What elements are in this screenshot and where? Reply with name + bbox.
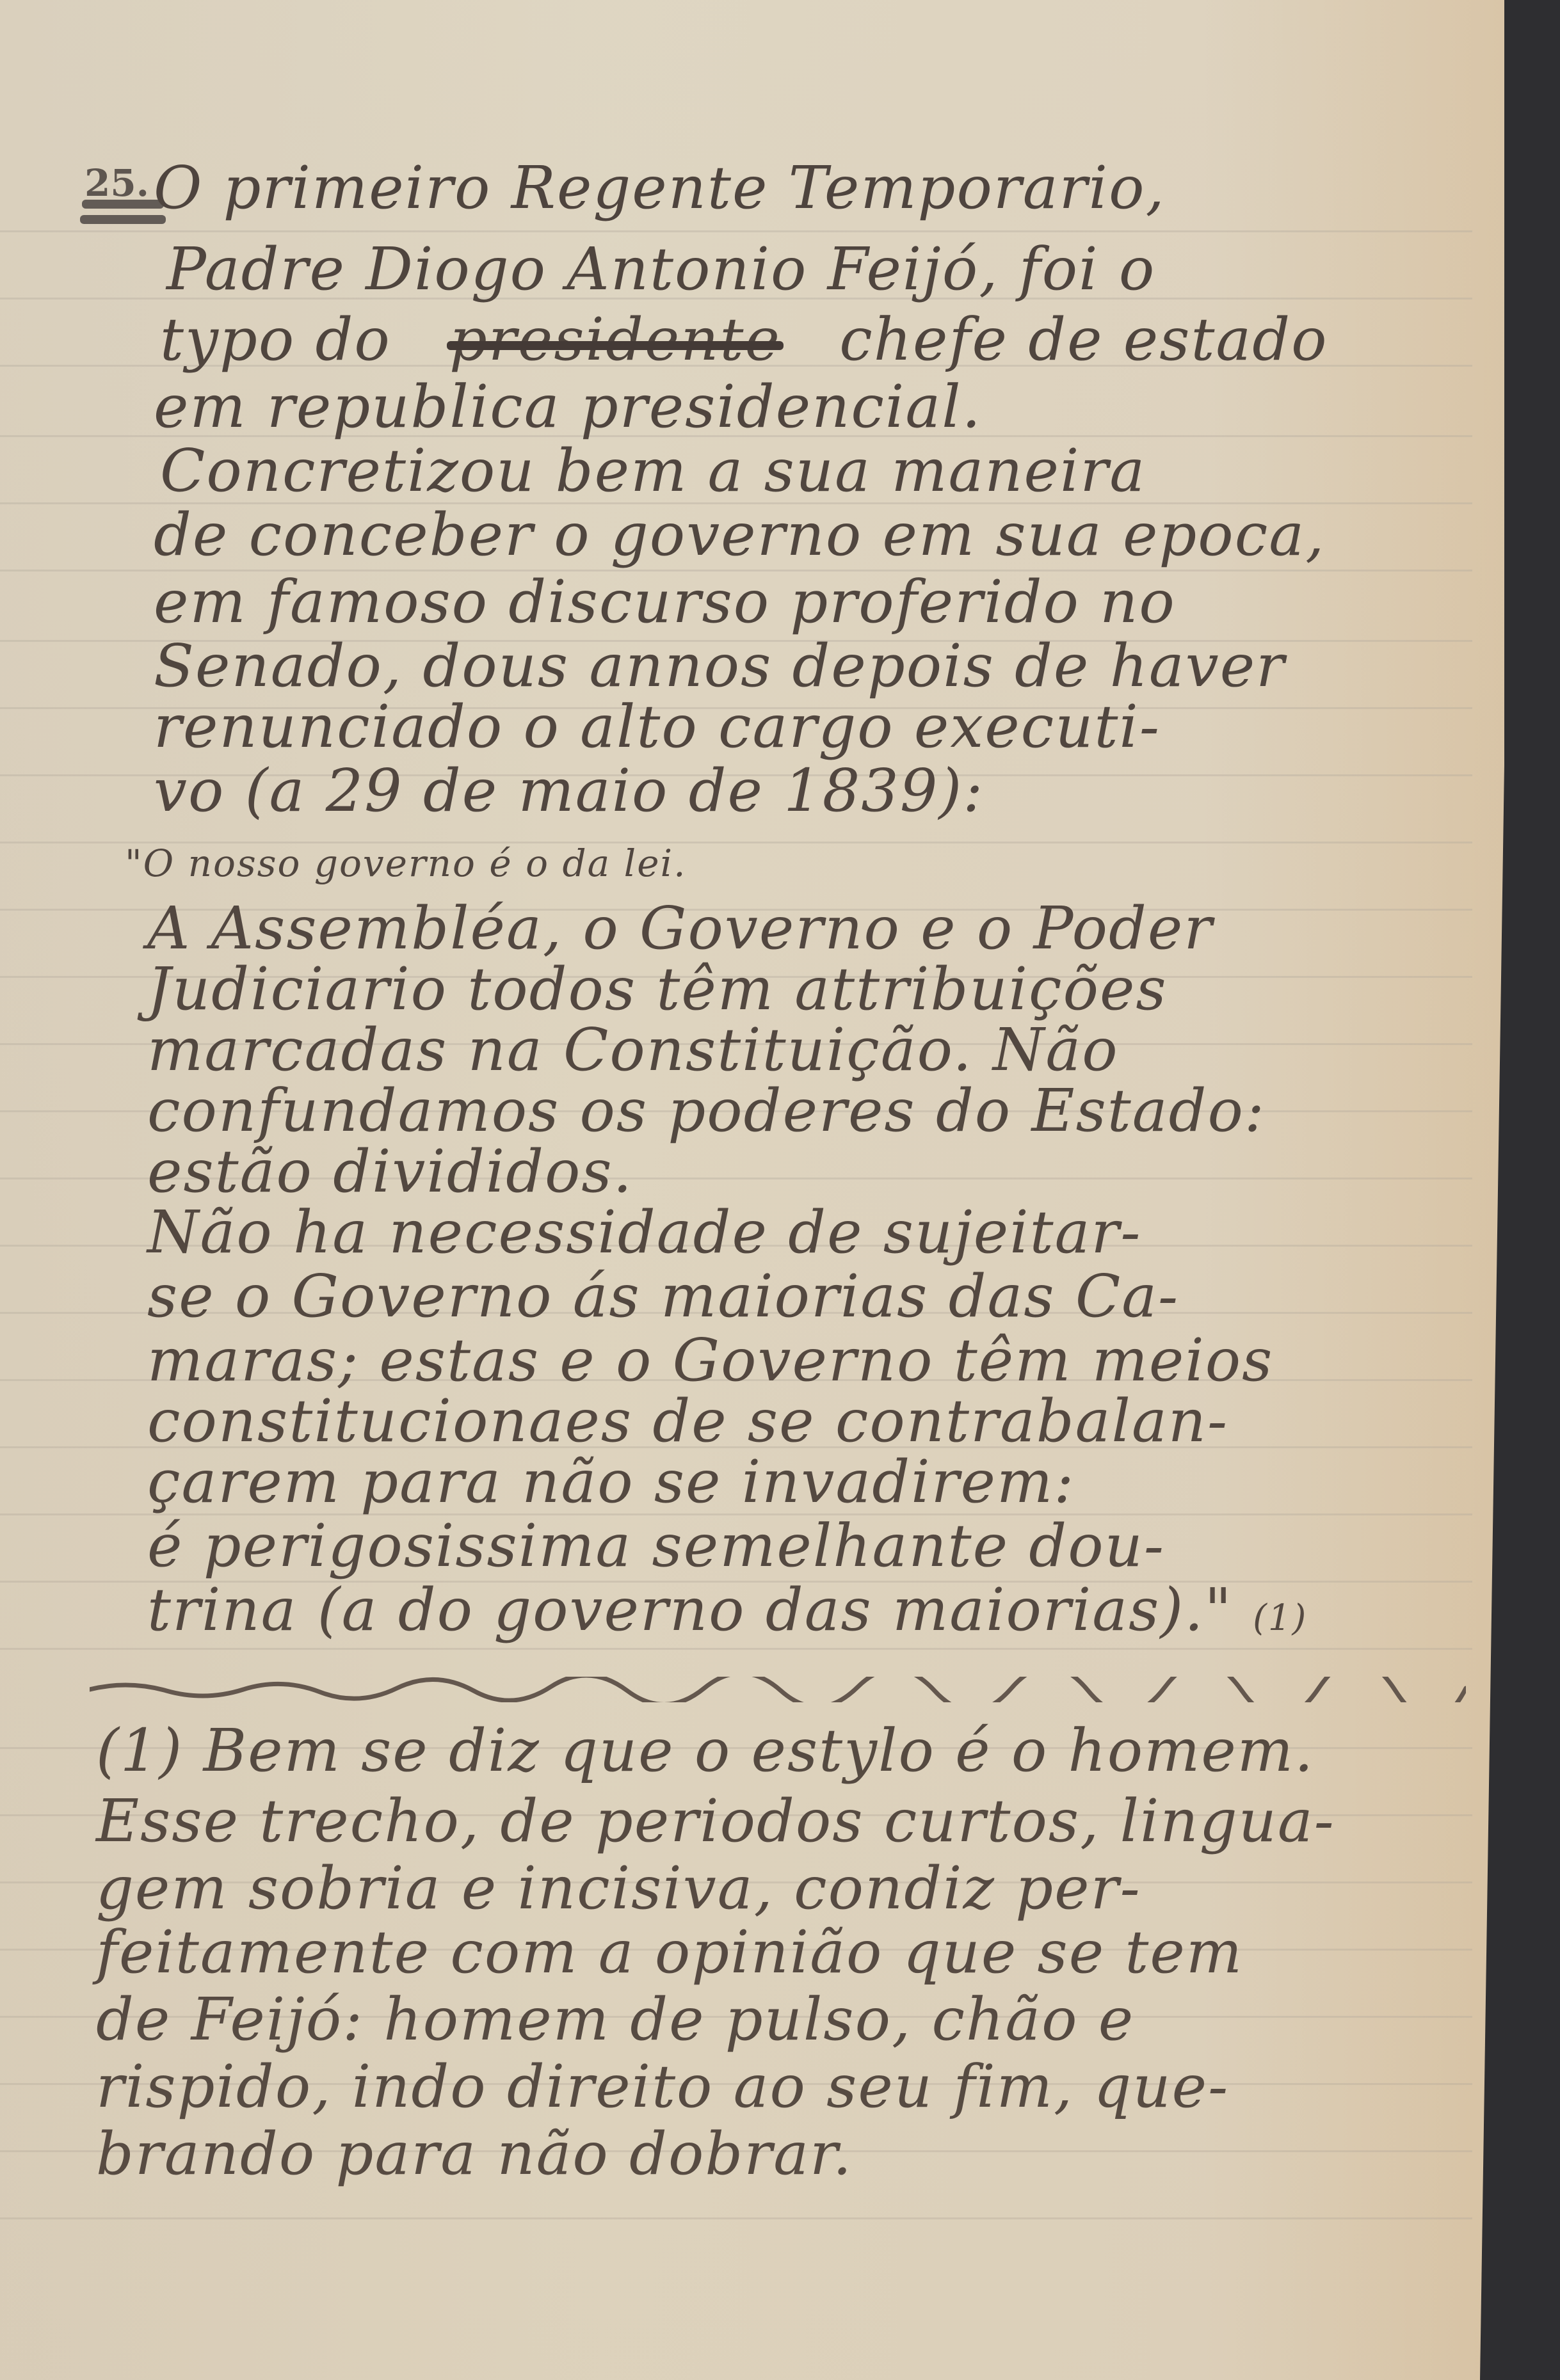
manuscript-page: 25. O primeiro Regente Temporario, Padre… <box>0 0 1504 2380</box>
text-line: maras; estas e o Governo têm meios <box>147 1331 1273 1390</box>
text-line: typo do presidente chefe de estado <box>160 310 1328 369</box>
footnote-line: Esse trecho, de periodos curtos, lingua- <box>96 1792 1335 1851</box>
text-line: em republica presidencial. <box>154 378 982 436</box>
footnote-line: (1) Bem se diz que o estylo é o homem. <box>96 1721 1314 1780</box>
footnote-line: de Feijó: homem de pulso, chão e <box>96 1990 1134 2049</box>
text-line: constitucionaes de se contrabalan- <box>147 1392 1228 1451</box>
text-line: de conceber o governo em sua epoca, <box>154 506 1325 564</box>
text-line: renunciado o alto cargo executi- <box>154 698 1161 756</box>
text-line: O primeiro Regente Temporario, <box>154 159 1166 218</box>
footnote-separator <box>90 1677 1466 1702</box>
text-line: confundamos os poderes do Estado: <box>147 1082 1266 1140</box>
footnote-line: feitamente com a opinião que se tem <box>96 1923 1243 1982</box>
text-fragment: typo do <box>160 305 391 374</box>
ruled-line <box>0 230 1472 232</box>
text-fragment: trina (a do governo das maiorias)." <box>147 1576 1233 1644</box>
footnote-line: gem sobria e incisiva, condiz per- <box>96 1859 1141 1918</box>
section-number: 25. <box>84 161 149 205</box>
footnote-line: brando para não dobrar. <box>96 2125 853 2184</box>
text-line: estão divididos. <box>147 1142 633 1201</box>
text-fragment: chefe de estado <box>839 305 1328 374</box>
quote-line: "O nosso governo é o da lei. <box>125 845 687 882</box>
section-underline <box>80 215 166 224</box>
footnote-line: rispido, indo direito ao seu fim, que- <box>96 2057 1229 2116</box>
section-underline <box>82 200 164 209</box>
text-line: trina (a do governo das maiorias)." (1) <box>147 1581 1307 1640</box>
text-line: A Assembléa, o Governo e o Poder <box>147 899 1213 958</box>
text-line: Judiciario todos têm attribuições <box>147 960 1168 1019</box>
struck-word: presidente <box>449 310 781 369</box>
text-line: Padre Diogo Antonio Feijó, foi o <box>166 240 1155 299</box>
text-line: marcadas na Constituição. Não <box>147 1021 1119 1080</box>
footnote-reference: (1) <box>1253 1597 1307 1639</box>
text-line: Concretizou bem a sua maneira <box>160 442 1146 500</box>
text-line: Senado, dous annos depois de haver <box>154 637 1285 696</box>
ruled-line <box>0 2217 1472 2219</box>
text-line: vo (a 29 de maio de 1839): <box>154 762 984 820</box>
text-line: se o Governo ás maiorias das Ca- <box>147 1267 1179 1326</box>
text-line: é perigosissima semelhante dou- <box>147 1517 1165 1576</box>
ruled-line <box>0 1648 1472 1650</box>
text-line: çarem para não se invadirem: <box>147 1453 1075 1512</box>
text-line: em famoso discurso proferido no <box>154 573 1176 632</box>
text-line: Não ha necessidade de sujeitar- <box>147 1203 1142 1262</box>
